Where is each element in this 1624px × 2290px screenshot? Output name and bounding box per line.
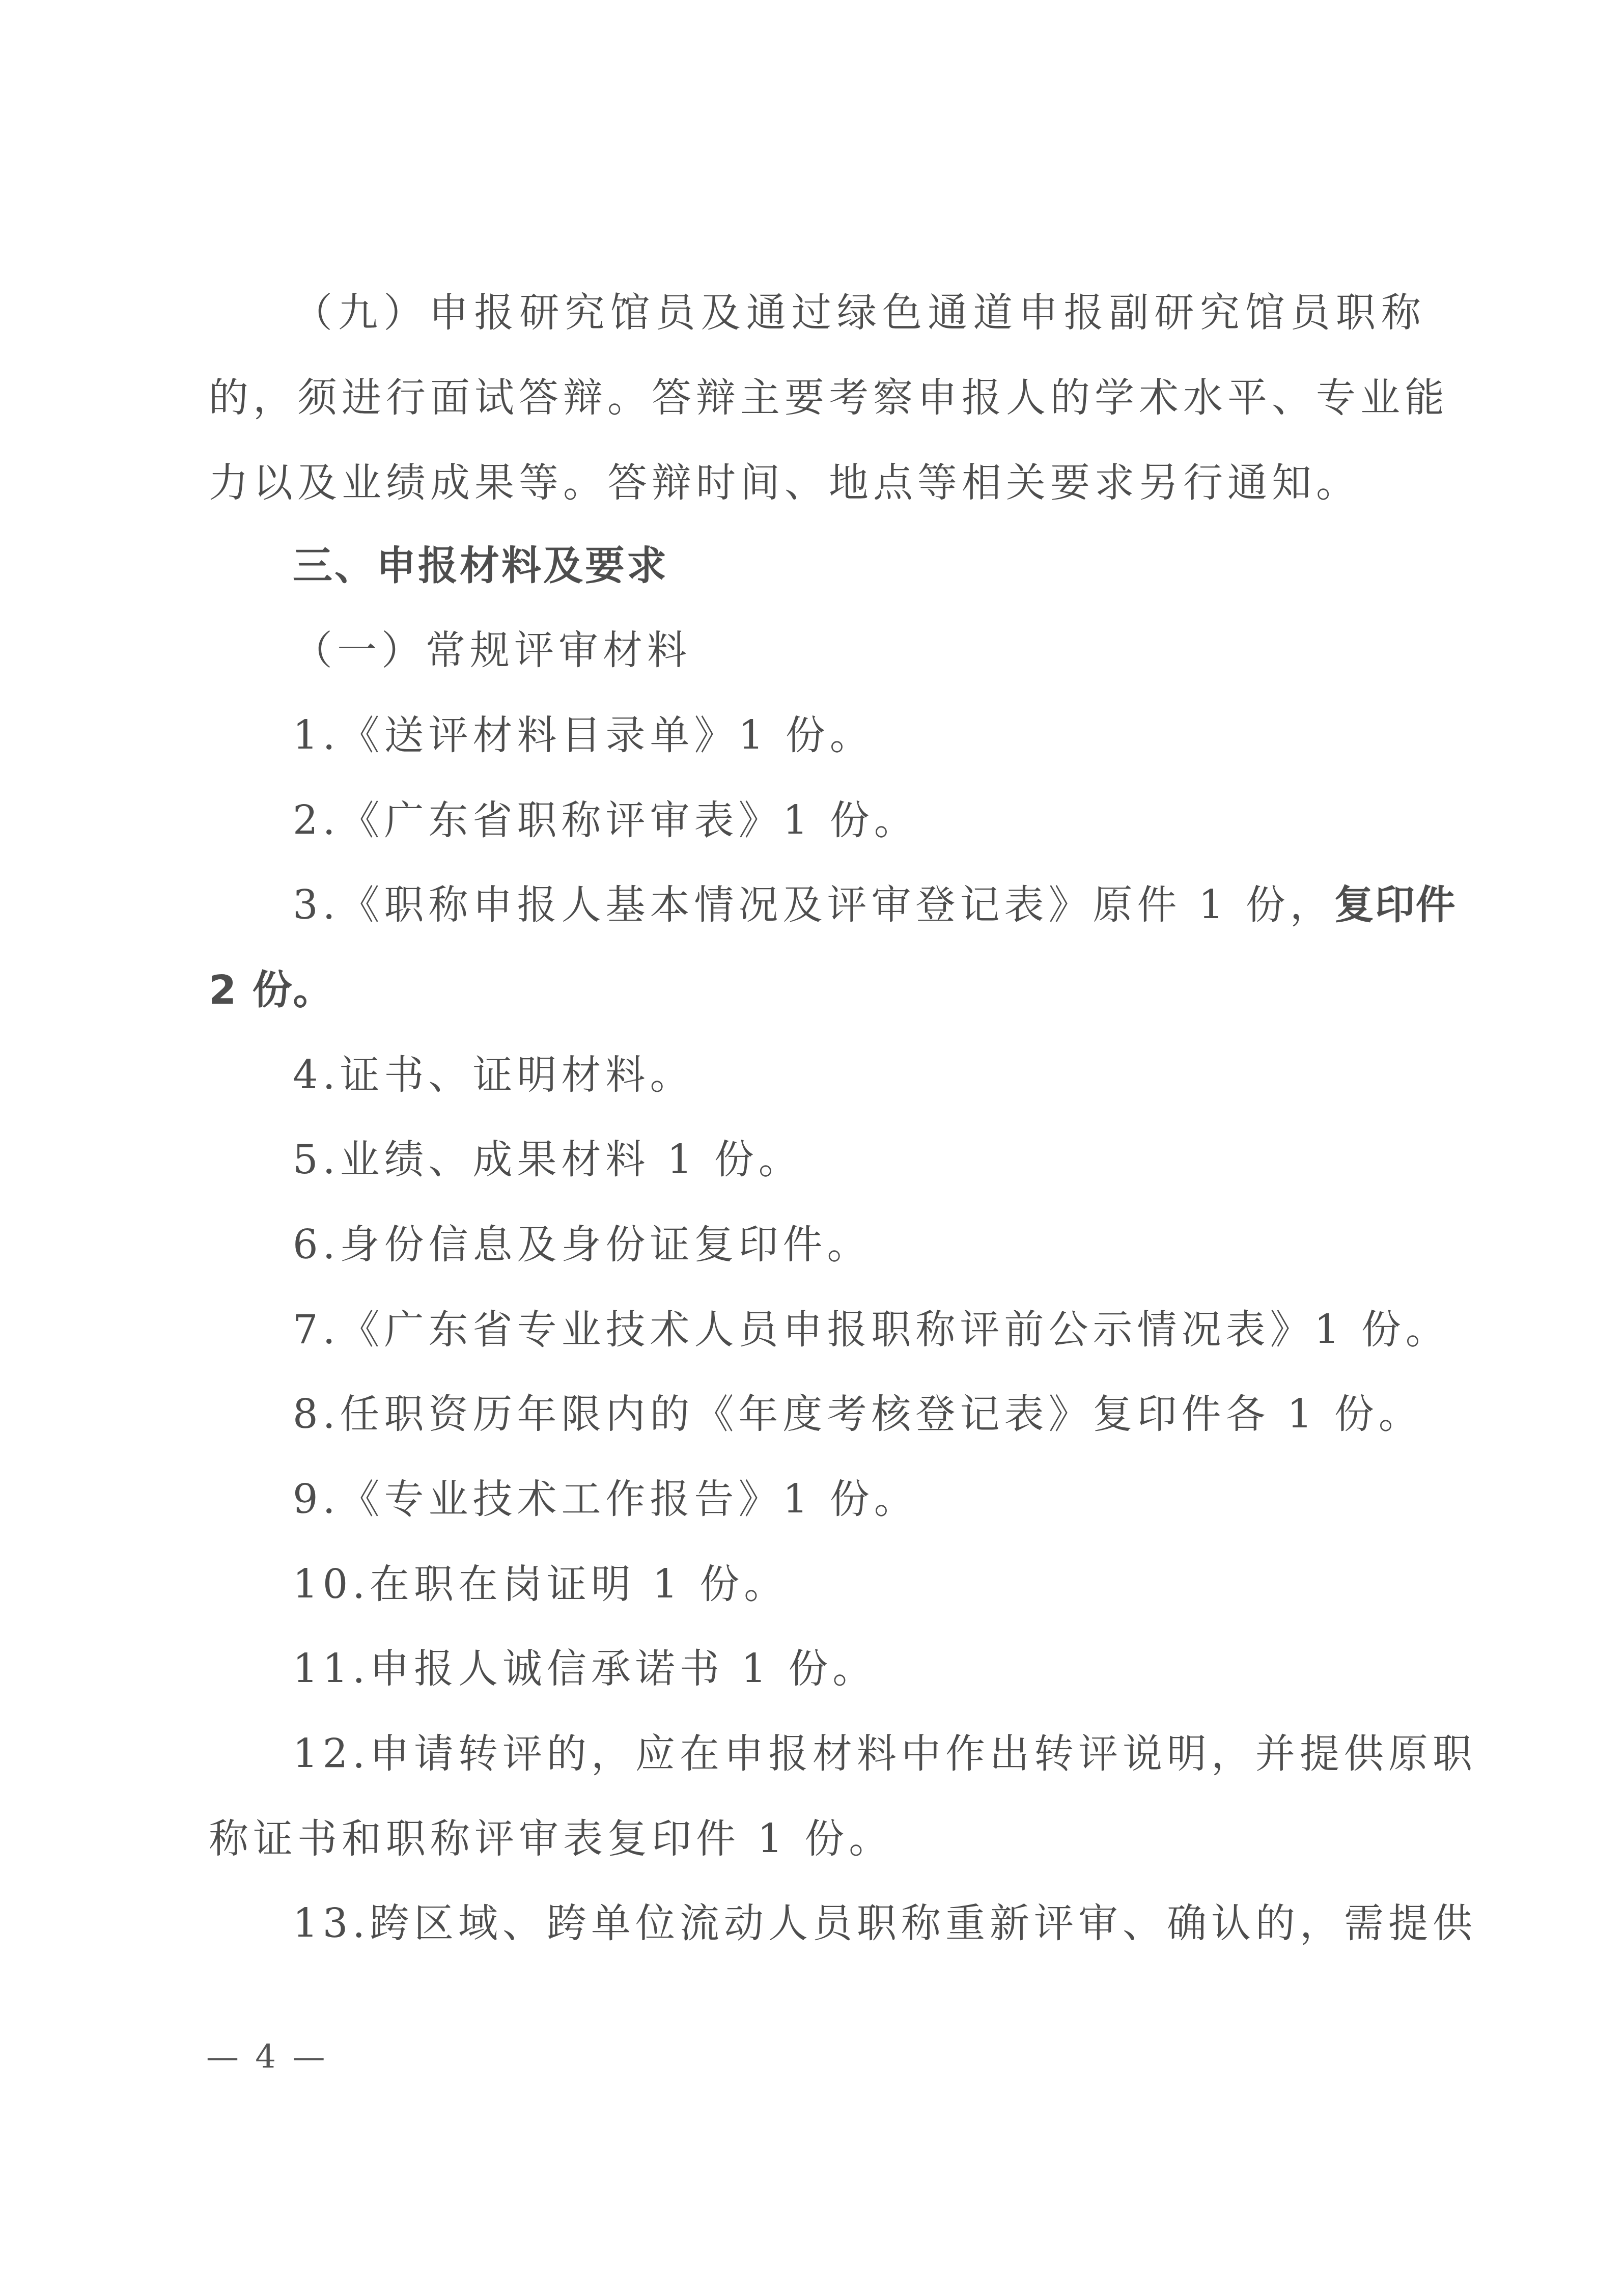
item-text: 业绩、成果材料 1 份。	[340, 1137, 802, 1183]
item-number: 13.	[293, 1901, 370, 1947]
list-item-7: 7.《广东省专业技术人员申报职称评前公示情况表》1 份。	[293, 1300, 1425, 1361]
item-text: 《广东省专业技术人员申报职称评前公示情况表》1 份。	[340, 1307, 1449, 1353]
list-item-6: 6.身份信息及身份证复印件。	[293, 1215, 1425, 1276]
item-text: 身份信息及身份证复印件。	[340, 1222, 871, 1268]
item-number: 6.	[293, 1222, 340, 1268]
list-item-1: 1.《送评材料目录单》1 份。	[293, 705, 1425, 766]
item-number: 2.	[293, 798, 340, 844]
item-number: 3.	[293, 882, 340, 928]
item-text: 《职称申报人基本情况及评审登记表》原件 1 份，	[340, 882, 1334, 928]
page-number: — 4 —	[206, 2034, 328, 2080]
item-text: 申报人诚信承诺书 1 份。	[370, 1646, 877, 1692]
item-number: 12.	[293, 1731, 370, 1777]
paragraph-9-line-3: 力以及业绩成果等。答辩时间、地点等相关要求另行通知。	[209, 453, 1425, 514]
list-item-5: 5.业绩、成果材料 1 份。	[293, 1129, 1425, 1191]
item-line: 12.申请转评的，应在申报材料中作出转评说明，并提供原职	[293, 1731, 1477, 1777]
item-text: 《送评材料目录单》1 份。	[340, 713, 874, 759]
paragraph-9-text-2: 的，须进行面试答辩。答辩主要考察申报人的学术水平、专业能	[209, 375, 1449, 421]
list-item-11: 11.申报人诚信承诺书 1 份。	[293, 1639, 1425, 1700]
list-item-13: 13.跨区域、跨单位流动人员职称重新评审、确认的，需提供	[293, 1893, 1425, 1954]
section-3-heading: 三、申报材料及要求	[293, 536, 1425, 597]
item-number: 8.	[293, 1392, 340, 1438]
list-item-2: 2.《广东省职称评审表》1 份。	[293, 790, 1425, 851]
item-number: 5.	[293, 1137, 340, 1183]
item-text: 《专业技术工作报告》1 份。	[340, 1477, 918, 1523]
paragraph-9-line-1: （九）申报研究馆员及通过绿色通道申报副研究馆员职称	[293, 283, 1425, 344]
item-text: 任职资历年限内的《年度考核登记表》复印件各 1 份。	[340, 1392, 1422, 1438]
item-text: 《广东省职称评审表》1 份。	[340, 798, 918, 844]
paragraph-9-line-2: 的，须进行面试答辩。答辩主要考察申报人的学术水平、专业能	[209, 368, 1425, 429]
item-line: 13.跨区域、跨单位流动人员职称重新评审、确认的，需提供	[293, 1901, 1477, 1947]
list-item-12: 12.申请转评的，应在申报材料中作出转评说明，并提供原职	[293, 1724, 1425, 1785]
item-continuation-bold-text: 2 份。	[209, 968, 333, 1013]
list-item-4: 4.证书、证明材料。	[293, 1045, 1425, 1106]
list-item-8: 8.任职资历年限内的《年度考核登记表》复印件各 1 份。	[293, 1384, 1425, 1445]
list-item-9: 9.《专业技术工作报告》1 份。	[293, 1469, 1425, 1530]
subsection-1-heading: （一）常规评审材料	[293, 620, 1425, 681]
item-bold-text: 复印件	[1334, 882, 1457, 928]
list-item-10: 10.在职在岗证明 1 份。	[293, 1554, 1425, 1615]
paragraph-9-text-1: （九）申报研究馆员及通过绿色通道申报副研究馆员职称	[293, 290, 1425, 336]
item-number: 11.	[293, 1646, 370, 1692]
list-item-3-continuation: 2 份。	[209, 960, 1425, 1021]
item-continuation-text: 称证书和职称评审表复印件 1 份。	[209, 1816, 893, 1862]
item-text: 申请转评的，应在申报材料中作出转评说明，并提供原职	[370, 1731, 1477, 1777]
item-number: 4.	[293, 1053, 340, 1098]
list-item-3: 3.《职称申报人基本情况及评审登记表》原件 1 份，复印件	[293, 875, 1425, 936]
list-item-12-continuation: 称证书和职称评审表复印件 1 份。	[209, 1809, 1425, 1870]
subsection-1-heading-text: （一）常规评审材料	[293, 628, 691, 674]
item-number: 1.	[293, 713, 340, 759]
item-number: 9.	[293, 1477, 340, 1523]
document-page: （九）申报研究馆员及通过绿色通道申报副研究馆员职称 的，须进行面试答辩。答辩主要…	[0, 0, 1624, 2290]
item-text: 在职在岗证明 1 份。	[370, 1562, 788, 1608]
item-text: 跨区域、跨单位流动人员职称重新评审、确认的，需提供	[370, 1901, 1477, 1947]
item-text: 证书、证明材料。	[340, 1053, 694, 1098]
section-3-heading-text: 三、申报材料及要求	[293, 543, 668, 589]
paragraph-9-text-3: 力以及业绩成果等。答辩时间、地点等相关要求另行通知。	[209, 460, 1360, 506]
item-number: 7.	[293, 1307, 340, 1353]
item-number: 10.	[293, 1562, 370, 1608]
